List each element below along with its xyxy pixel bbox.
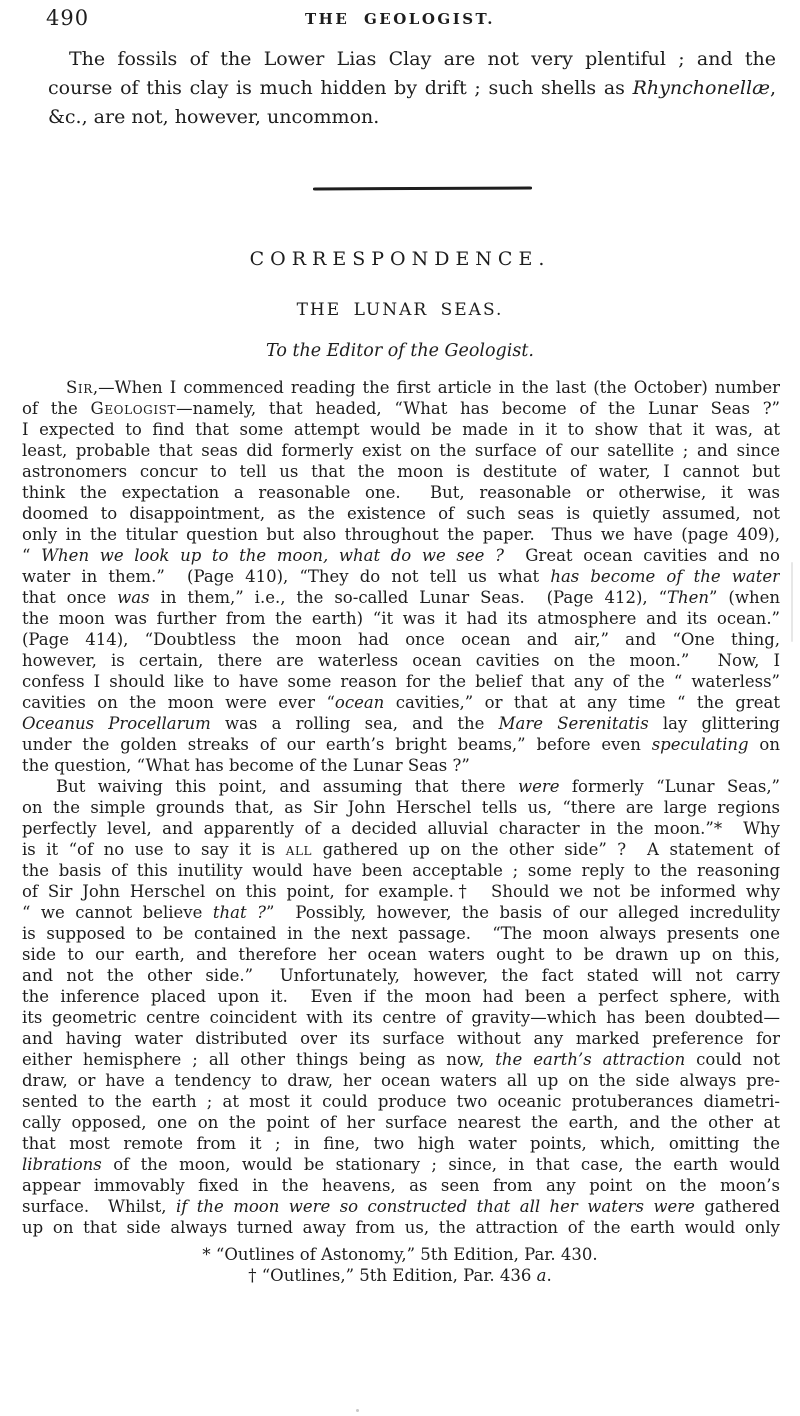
- italic-text: the earth’s attraction: [495, 1050, 685, 1069]
- text-segment: gathered up on the other side” ? A state…: [312, 840, 780, 859]
- text-line: least, probable that seas did formerly e…: [22, 440, 780, 461]
- text-line: side to our earth, and therefore her oce…: [22, 944, 780, 965]
- text-segment: cavities,” or that at any time “ the gre…: [384, 693, 780, 712]
- text-line: appear immovably fixed in the heavens, a…: [22, 1175, 780, 1196]
- text-line: that most remote from it ; in fine, two …: [22, 1133, 780, 1154]
- text-segment: of the moon, would be stationary ; since…: [102, 1155, 780, 1174]
- text-line: (Page 414), “Doubtless the moon had once…: [22, 629, 780, 650]
- footnotes: * “Outlines of Astonomy,” 5th Edition, P…: [0, 1244, 800, 1286]
- text-segment: perfectly level, and apparently of a dec…: [22, 819, 780, 838]
- text-line: the basis of this inutility would have b…: [22, 860, 780, 881]
- smallcaps-text: all: [286, 840, 312, 859]
- text-segment: But waiving this point, and assuming tha…: [56, 777, 518, 796]
- scan-gutter-smudge: [791, 562, 793, 642]
- text-segment: however, is certain, there are waterless…: [22, 651, 780, 670]
- section-heading: CORRESPONDENCE.: [0, 248, 800, 270]
- section-divider-rule: [313, 187, 532, 191]
- text-segment: and having water distributed over its su…: [22, 1029, 780, 1048]
- text-line: † “Outlines,” 5th Edition, Par. 436 a.: [0, 1265, 800, 1286]
- text-line: and not the other side.” Unfortunately, …: [22, 965, 780, 986]
- text-segment: either hemisphere ; all other things bei…: [22, 1050, 495, 1069]
- letter-salutation: To the Editor of the Geologist.: [0, 341, 800, 361]
- italic-text: ocean: [335, 693, 384, 712]
- italic-text: Rhynchonellæ: [633, 77, 770, 99]
- text-segment: in them,” i.e., the so-called Lunar Seas…: [150, 588, 667, 607]
- text-line: sented to the earth ; at most it could p…: [22, 1091, 780, 1112]
- italic-text: Mare Serenitatis: [499, 714, 649, 733]
- text-segment: “: [22, 546, 41, 565]
- text-segment: —namely, that headed, “What has become o…: [176, 399, 780, 418]
- text-segment: only in the titular question but also th…: [22, 525, 780, 544]
- italic-text: speculating: [652, 735, 749, 754]
- text-segment: doomed to disappointment, as the existen…: [22, 504, 780, 523]
- text-segment: of Sir John Herschel on this point, for …: [22, 882, 780, 901]
- letter-body: Sir,—When I commenced reading the first …: [22, 377, 780, 1238]
- text-segment: that most remote from it ; in fine, two …: [22, 1134, 780, 1153]
- text-line: confess I should like to have some reaso…: [22, 671, 780, 692]
- text-segment: confess I should like to have some reaso…: [22, 672, 780, 691]
- text-line: doomed to disappointment, as the existen…: [22, 503, 780, 524]
- text-segment: ” (when: [709, 588, 780, 607]
- text-line: under the golden streaks of our earth’s …: [22, 734, 780, 755]
- text-line: perfectly level, and apparently of a dec…: [22, 818, 780, 839]
- text-line: I expected to find that some attempt wou…: [22, 419, 780, 440]
- text-line: of Sir John Herschel on this point, for …: [22, 881, 780, 902]
- text-line: the question, “What has become of the Lu…: [22, 755, 780, 776]
- text-segment: think the expectation a reasonable one. …: [22, 483, 780, 502]
- text-line: surface. Whilst, if the moon were so con…: [22, 1196, 780, 1217]
- text-line: that once was in them,” i.e., the so-cal…: [22, 587, 780, 608]
- text-segment: ,—When I commenced reading the first art…: [93, 378, 780, 397]
- text-segment: course of this clay is much hidden by dr…: [48, 77, 633, 99]
- text-segment: appear immovably fixed in the heavens, a…: [22, 1176, 780, 1195]
- text-line: the moon was further from the earth) “it…: [22, 608, 780, 629]
- text-segment: astronomers concur to tell us that the m…: [22, 462, 780, 481]
- text-line: up on that side always turned away from …: [22, 1217, 780, 1238]
- text-segment: .: [547, 1266, 552, 1285]
- text-line: is it “of no use to say it is all gather…: [22, 839, 780, 860]
- text-segment: its geometric centre coincident with its…: [22, 1008, 780, 1027]
- text-segment: of the: [22, 399, 91, 418]
- text-line: of the Geologist—namely, that headed, “W…: [22, 398, 780, 419]
- text-segment: &c., are not, however, uncommon.: [48, 106, 379, 128]
- text-segment: The fossils of the Lower Lias Clay are n…: [69, 48, 776, 70]
- text-segment: up on that side always turned away from …: [22, 1218, 780, 1237]
- text-segment: side to our earth, and therefore her oce…: [22, 945, 780, 964]
- text-line: * “Outlines of Astonomy,” 5th Edition, P…: [0, 1244, 800, 1265]
- text-line: Oceanus Procellarum was a rolling sea, a…: [22, 713, 780, 734]
- text-line: But waiving this point, and assuming tha…: [22, 776, 780, 797]
- text-line: Sir,—When I commenced reading the first …: [22, 377, 780, 398]
- text-line: its geometric centre coincident with its…: [22, 1007, 780, 1028]
- text-segment: ,: [770, 77, 776, 99]
- letter-paragraph-2: But waiving this point, and assuming tha…: [22, 776, 780, 1238]
- text-segment: “ we cannot believe: [22, 903, 213, 922]
- scan-speckle: [703, 451, 705, 453]
- article-title: THE LUNAR SEAS.: [0, 300, 800, 320]
- text-segment: ” Possibly, however, the basis of our al…: [266, 903, 780, 922]
- text-segment: the inference placed upon it. Even if th…: [22, 987, 780, 1006]
- text-line: the inference placed upon it. Even if th…: [22, 986, 780, 1007]
- text-line: draw, or have a tendency to draw, her oc…: [22, 1070, 780, 1091]
- scanned-journal-page: { "theme": { "ink": "#1d1d1d", "paper": …: [0, 0, 800, 1416]
- italic-text: were: [518, 777, 560, 796]
- text-segment: the basis of this inutility would have b…: [22, 861, 780, 880]
- text-line: on the simple grounds that, as Sir John …: [22, 797, 780, 818]
- italic-text: if the moon were so constructed that all…: [176, 1197, 695, 1216]
- text-line: &c., are not, however, uncommon.: [48, 103, 776, 132]
- text-line: “ we cannot believe that ?” Possibly, ho…: [22, 902, 780, 923]
- text-line: is supposed to be contained in the next …: [22, 923, 780, 944]
- scan-speckle: [356, 1409, 359, 1412]
- italic-text: a: [537, 1266, 547, 1285]
- italic-text: Oceanus Procellarum: [22, 714, 211, 733]
- footnote-dagger: † “Outlines,” 5th Edition, Par. 436 a.: [0, 1265, 800, 1286]
- text-segment: formerly “Lunar Seas,”: [560, 777, 781, 796]
- italic-text: was: [117, 588, 149, 607]
- text-segment: Great ocean cavities and no: [504, 546, 780, 565]
- italic-text: that ?: [213, 903, 266, 922]
- text-segment: least, probable that seas did formerly e…: [22, 441, 780, 460]
- text-segment: lay glittering: [649, 714, 780, 733]
- text-line: astronomers concur to tell us that the m…: [22, 461, 780, 482]
- intro-paragraph: The fossils of the Lower Lias Clay are n…: [48, 45, 776, 132]
- text-segment: the question, “What has become of the Lu…: [22, 756, 470, 775]
- text-segment: surface. Whilst,: [22, 1197, 176, 1216]
- text-line: only in the titular question but also th…: [22, 524, 780, 545]
- text-segment: draw, or have a tendency to draw, her oc…: [22, 1071, 780, 1090]
- text-segment: water in them.” (Page 410), “They do not…: [22, 567, 550, 586]
- text-line: “ When we look up to the moon, what do w…: [22, 545, 780, 566]
- text-segment: is supposed to be contained in the next …: [22, 924, 780, 943]
- text-segment: that once: [22, 588, 117, 607]
- text-segment: on the simple grounds that, as Sir John …: [22, 798, 780, 817]
- text-segment: sented to the earth ; at most it could p…: [22, 1092, 780, 1111]
- text-line: water in them.” (Page 410), “They do not…: [22, 566, 780, 587]
- smallcaps-text: Geologist: [91, 399, 177, 418]
- italic-text: Then: [667, 588, 709, 607]
- text-line: either hemisphere ; all other things bei…: [22, 1049, 780, 1070]
- journal-header: THE GEOLOGIST.: [0, 10, 800, 28]
- text-segment: (Page 414), “Doubtless the moon had once…: [22, 630, 780, 649]
- text-line: The fossils of the Lower Lias Clay are n…: [48, 45, 776, 74]
- text-segment: the moon was further from the earth) “it…: [22, 609, 780, 628]
- text-segment: cally opposed, one on the point of her s…: [22, 1113, 780, 1132]
- text-segment: is it “of no use to say it is: [22, 840, 286, 859]
- text-segment: gathered: [695, 1197, 780, 1216]
- text-line: librations of the moon, would be station…: [22, 1154, 780, 1175]
- italic-text: has become of the water: [550, 567, 780, 586]
- text-segment: could not: [685, 1050, 780, 1069]
- italic-text: librations: [22, 1155, 102, 1174]
- text-segment: † “Outlines,” 5th Edition, Par. 436: [248, 1266, 536, 1285]
- text-line: and having water distributed over its su…: [22, 1028, 780, 1049]
- text-segment: and not the other side.” Unfortunately, …: [22, 966, 780, 985]
- text-line: however, is certain, there are waterless…: [22, 650, 780, 671]
- text-segment: under the golden streaks of our earth’s …: [22, 735, 652, 754]
- text-segment: I expected to find that some attempt wou…: [22, 420, 780, 439]
- text-segment: was a rolling sea, and the: [211, 714, 499, 733]
- footnote-asterisk: * “Outlines of Astonomy,” 5th Edition, P…: [0, 1244, 800, 1265]
- italic-text: When we look up to the moon, what do we …: [41, 546, 504, 565]
- text-line: course of this clay is much hidden by dr…: [48, 74, 776, 103]
- smallcaps-text: Sir: [66, 378, 93, 397]
- letter-paragraph-1: Sir,—When I commenced reading the first …: [22, 377, 780, 776]
- text-line: cavities on the moon were ever “ocean ca…: [22, 692, 780, 713]
- text-segment: cavities on the moon were ever “: [22, 693, 335, 712]
- text-line: cally opposed, one on the point of her s…: [22, 1112, 780, 1133]
- text-segment: on: [749, 735, 780, 754]
- text-line: think the expectation a reasonable one. …: [22, 482, 780, 503]
- text-segment: * “Outlines of Astonomy,” 5th Edition, P…: [202, 1245, 597, 1264]
